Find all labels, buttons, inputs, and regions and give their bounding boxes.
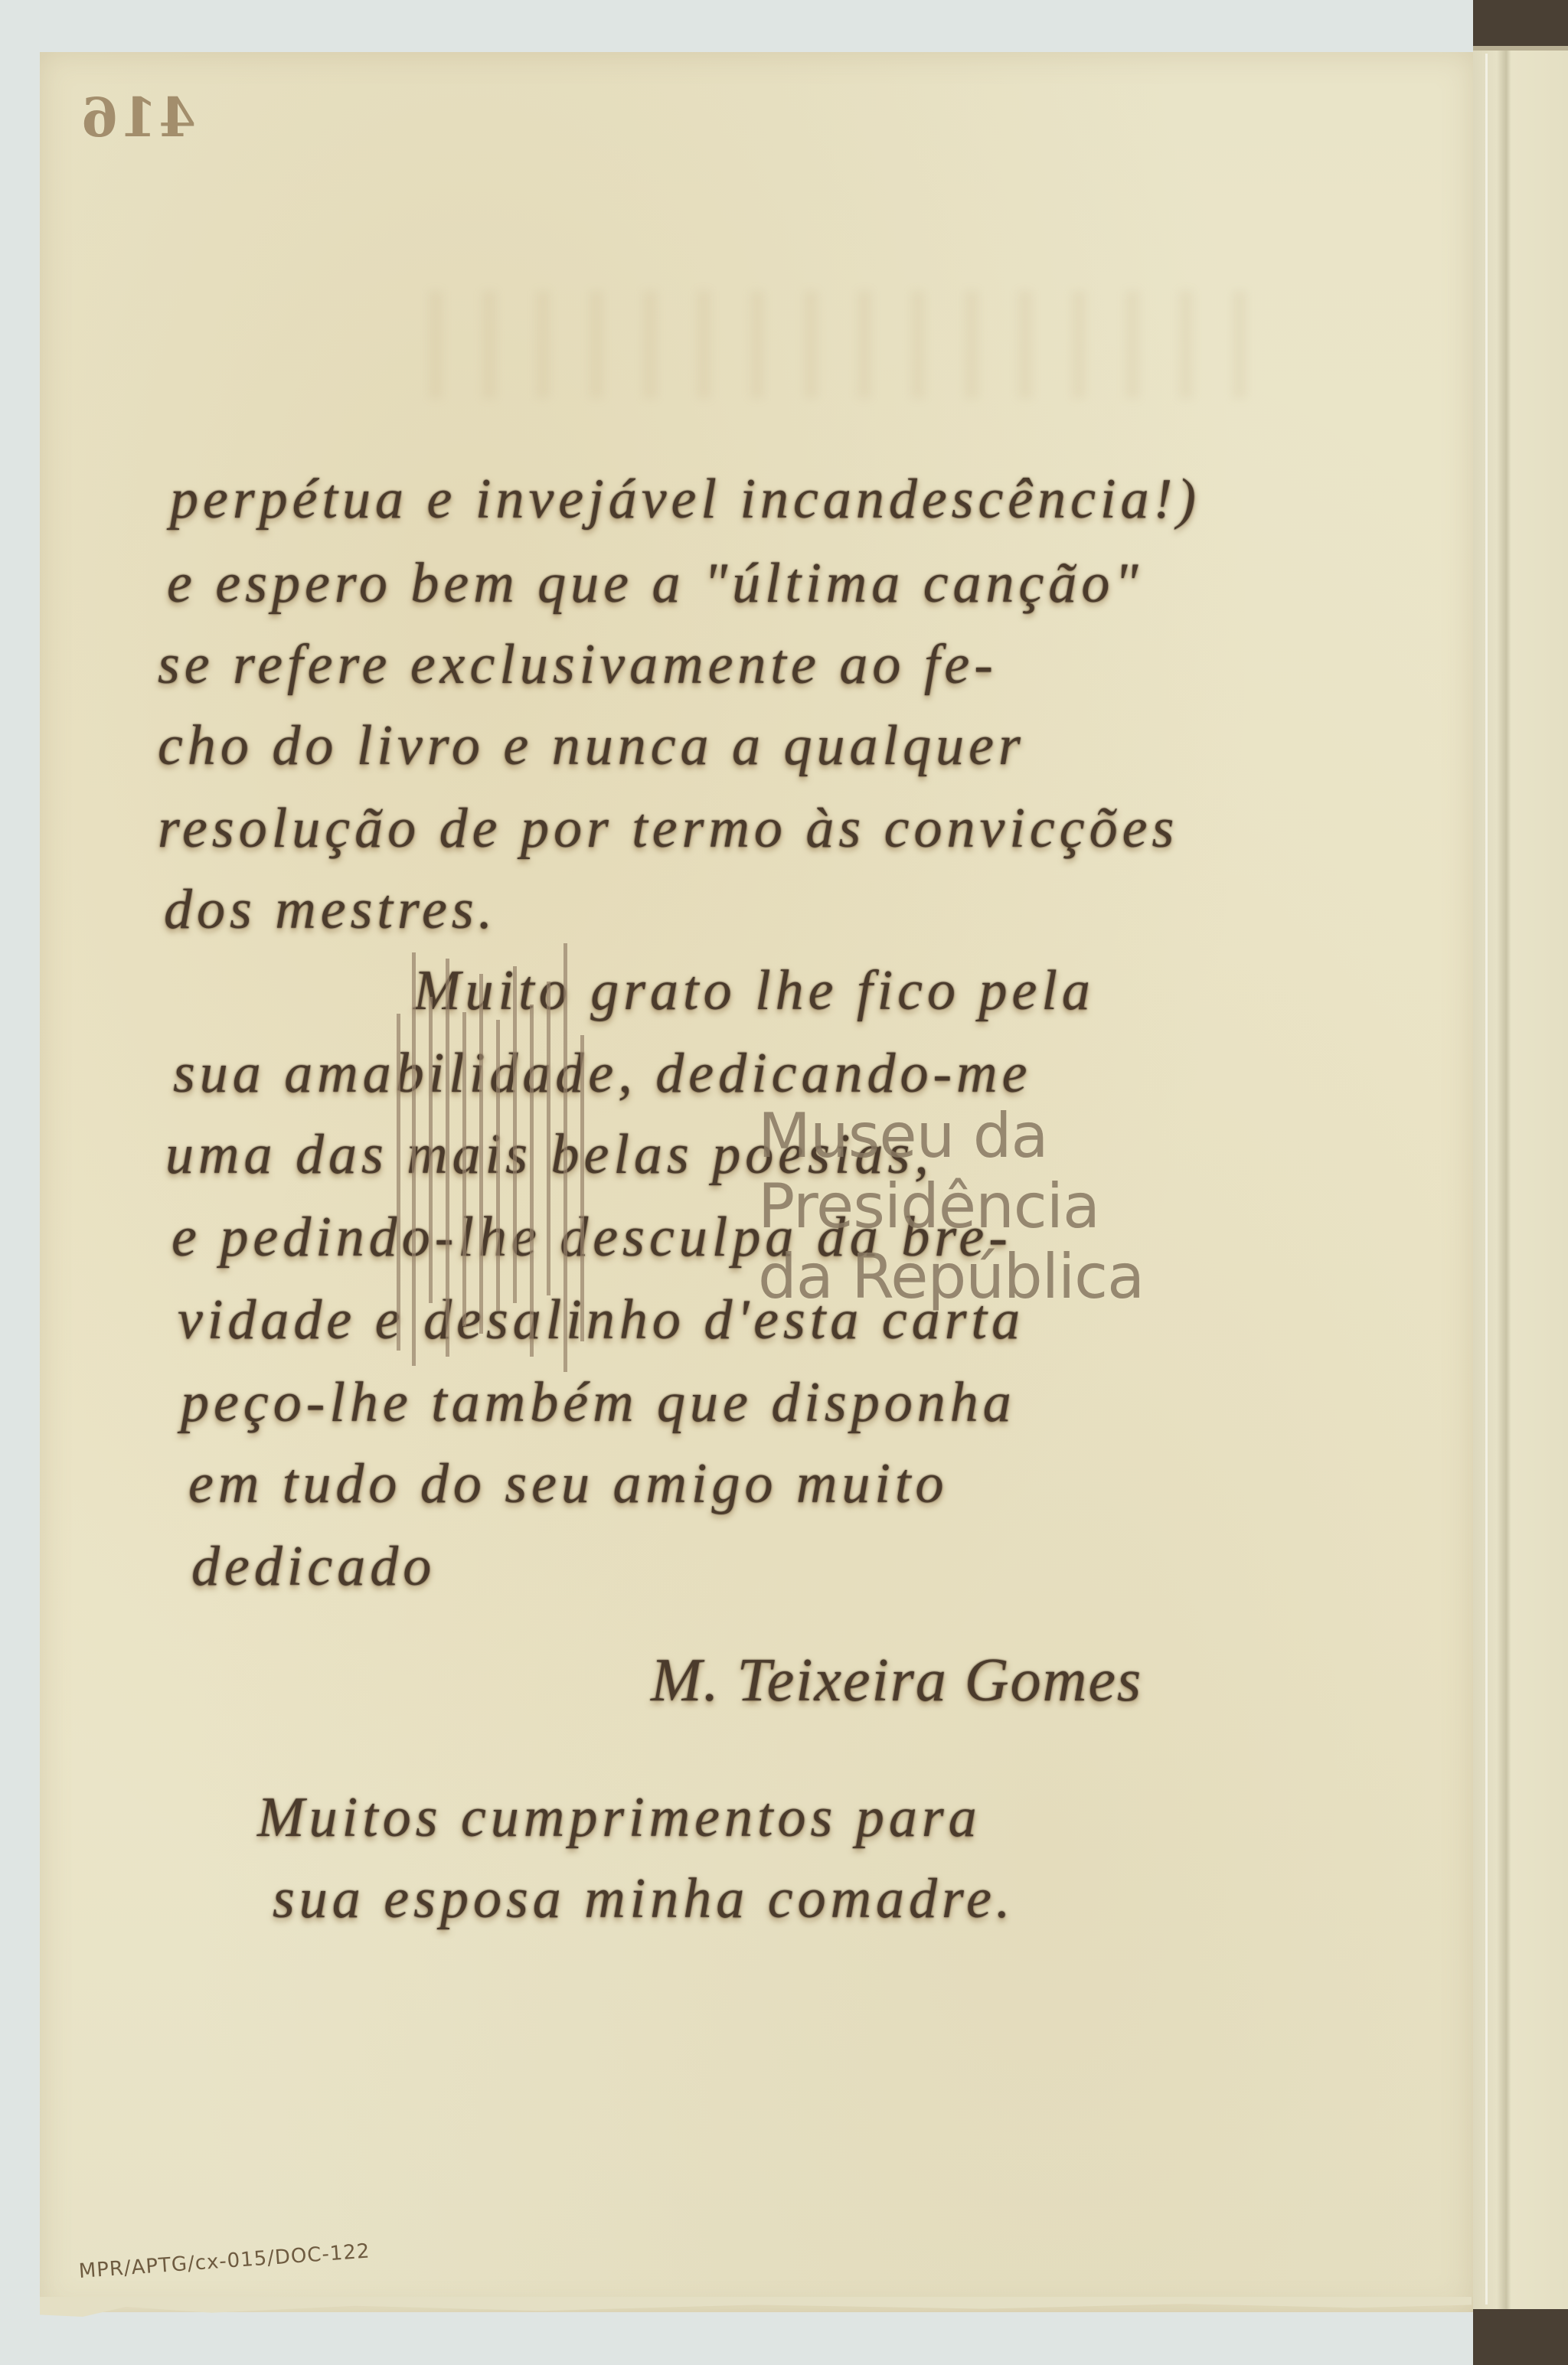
postscript-line: Muitos cumprimentos para — [257, 1785, 982, 1851]
letter-line: dedicado — [191, 1534, 436, 1599]
signature: M. Teixeira Gomes — [651, 1646, 1142, 1716]
letter-line: se refere exclusivamente ao fe- — [158, 632, 998, 697]
letter-line: perpétua e invejável incandescência!) — [170, 467, 1200, 532]
watermark-line: Museu da — [758, 1101, 1144, 1171]
museum-logo-bars — [392, 943, 698, 1403]
letter-line: e espero bem que a "última canção" — [167, 551, 1142, 616]
letter-line: cho do livro e nunca a qualquer — [158, 714, 1025, 779]
letter-line: em tudo do seu amigo muito — [188, 1452, 949, 1517]
letter-line: resolução de por termo às convicções — [158, 796, 1178, 861]
postscript-line: sua esposa minha comadre. — [273, 1867, 1014, 1932]
letter-line: dos mestres. — [164, 877, 497, 942]
watermark-line: da República — [758, 1242, 1144, 1312]
watermark-line: Presidência — [758, 1171, 1144, 1242]
museum-watermark: Museu da Presidência da República — [758, 1101, 1144, 1312]
